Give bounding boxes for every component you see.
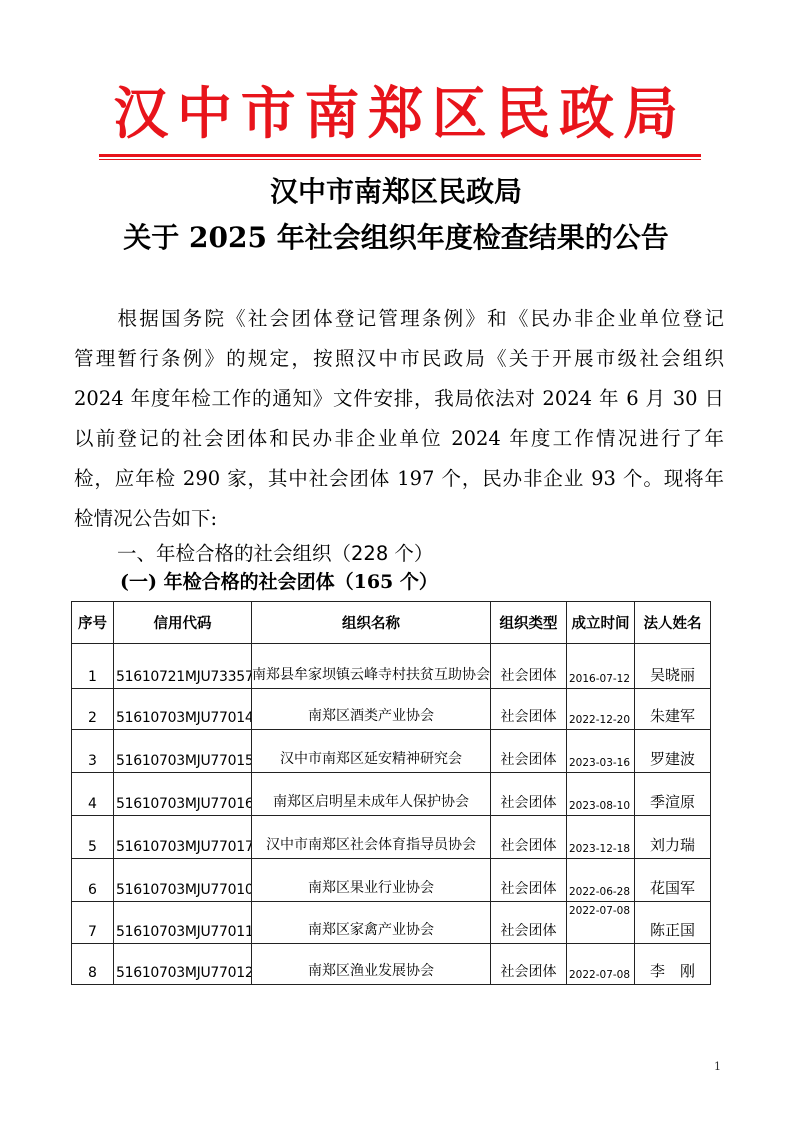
body-line: 以前登记的社会团体和民办非企业单位 2024 年度工作情况进行了年 bbox=[74, 419, 724, 459]
masthead-divider-thin bbox=[99, 159, 701, 160]
page-number: 1 bbox=[714, 1060, 721, 1073]
table-row: 5 51610703MJU770172R 汉中市南郑区社会体育指导员协会 社会团… bbox=[72, 816, 711, 859]
header-legal-rep: 法人姓名 bbox=[635, 602, 711, 644]
cell-legal-rep: 李 刚 bbox=[635, 944, 711, 985]
cell-credit-code: 51610721MJU733574F bbox=[114, 644, 252, 689]
body-line: 2024 年度年检工作的通知》文件安排，我局依法对 2024 年 6 月 30 … bbox=[74, 379, 724, 419]
cell-org-name: 南郑区渔业发展协会 bbox=[252, 944, 491, 985]
table-row: 7 51610703MJU770113N 南郑区家禽产业协会 社会团体 2022… bbox=[72, 902, 711, 944]
header-established: 成立时间 bbox=[567, 602, 635, 644]
cell-legal-rep: 罗建波 bbox=[635, 730, 711, 773]
cell-seq: 5 bbox=[72, 816, 114, 859]
body-line: 管理暂行条例》的规定，按照汉中市民政局《关于开展市级社会组织 bbox=[74, 339, 724, 379]
cell-established: 2023-12-18 bbox=[567, 816, 635, 859]
cell-org-type: 社会团体 bbox=[491, 644, 567, 689]
document-title-line1: 汉中市南郑区民政局 bbox=[0, 172, 792, 212]
cell-credit-code: 51610703MJU770172R bbox=[114, 816, 252, 859]
table-row: 6 51610703MJU770105U 南郑区果业行业协会 社会团体 2022… bbox=[72, 859, 711, 902]
cell-credit-code: 51610703MJU770113N bbox=[114, 902, 252, 944]
cell-seq: 4 bbox=[72, 773, 114, 816]
cell-org-name: 南郑区家禽产业协会 bbox=[252, 902, 491, 944]
subsection-heading: (一) 年检合格的社会团体（165 个） bbox=[120, 568, 438, 596]
cell-credit-code: 51610703MJU770105U bbox=[114, 859, 252, 902]
cell-org-type: 社会团体 bbox=[491, 689, 567, 730]
cell-seq: 2 bbox=[72, 689, 114, 730]
cell-credit-code: 51610703MJU7701489 bbox=[114, 689, 252, 730]
cell-org-type: 社会团体 bbox=[491, 859, 567, 902]
cell-seq: 3 bbox=[72, 730, 114, 773]
cell-seq: 1 bbox=[72, 644, 114, 689]
body-line: 根据国务院《社会团体登记管理条例》和《民办非企业单位登记 bbox=[74, 299, 724, 339]
cell-org-name: 汉中市南郑区社会体育指导员协会 bbox=[252, 816, 491, 859]
cell-established: 2023-03-16 bbox=[567, 730, 635, 773]
header-seq: 序号 bbox=[72, 602, 114, 644]
cell-org-type: 社会团体 bbox=[491, 944, 567, 985]
cell-credit-code: 51610703MJU770164Y bbox=[114, 773, 252, 816]
cell-established: 2022-07-08 bbox=[567, 944, 635, 985]
table-row: 8 51610703MJU770121H 南郑区渔业发展协会 社会团体 2022… bbox=[72, 944, 711, 985]
body-line: 检，应年检 290 家，其中社会团体 197 个，民办非企业 93 个。现将年 bbox=[74, 459, 724, 499]
cell-seq: 7 bbox=[72, 902, 114, 944]
table-row: 4 51610703MJU770164Y 南郑区启明星未成年人保护协会 社会团体… bbox=[72, 773, 711, 816]
cell-established: 2016-07-12 bbox=[567, 644, 635, 689]
cell-org-name: 汉中市南郑区延安精神研究会 bbox=[252, 730, 491, 773]
cell-established: 2022-12-20 bbox=[567, 689, 635, 730]
document-title-line2: 关于 2025 年社会组织年度检查结果的公告 bbox=[0, 218, 792, 258]
table-row: 3 51610703MJU7701564 汉中市南郑区延安精神研究会 社会团体 … bbox=[72, 730, 711, 773]
cell-org-name: 南郑区启明星未成年人保护协会 bbox=[252, 773, 491, 816]
qualified-social-groups-table: 序号 信用代码 组织名称 组织类型 成立时间 法人姓名 1 51610721MJ… bbox=[71, 601, 711, 985]
cell-legal-rep: 刘力瑞 bbox=[635, 816, 711, 859]
cell-legal-rep: 吴晓丽 bbox=[635, 644, 711, 689]
header-org-type: 组织类型 bbox=[491, 602, 567, 644]
cell-org-name: 南郑区果业行业协会 bbox=[252, 859, 491, 902]
cell-seq: 8 bbox=[72, 944, 114, 985]
cell-org-name: 南郑县牟家坝镇云峰寺村扶贫互助协会 bbox=[252, 644, 491, 689]
header-org-name: 组织名称 bbox=[252, 602, 491, 644]
header-credit-code: 信用代码 bbox=[114, 602, 252, 644]
cell-seq: 6 bbox=[72, 859, 114, 902]
masthead-divider-thick bbox=[99, 154, 701, 157]
cell-established: 2022-06-28 bbox=[567, 859, 635, 902]
cell-org-type: 社会团体 bbox=[491, 816, 567, 859]
section-heading: 一、年检合格的社会组织（228 个） bbox=[117, 540, 433, 568]
table-header-row: 序号 信用代码 组织名称 组织类型 成立时间 法人姓名 bbox=[72, 602, 711, 644]
cell-legal-rep: 朱建军 bbox=[635, 689, 711, 730]
cell-org-type: 社会团体 bbox=[491, 773, 567, 816]
cell-credit-code: 51610703MJU7701564 bbox=[114, 730, 252, 773]
cell-org-name: 南郑区酒类产业协会 bbox=[252, 689, 491, 730]
masthead-title: 汉中市南郑区民政局 bbox=[105, 80, 695, 150]
cell-established: 2022-07-08 bbox=[567, 902, 635, 944]
cell-legal-rep: 陈正国 bbox=[635, 902, 711, 944]
cell-credit-code: 51610703MJU770121H bbox=[114, 944, 252, 985]
cell-legal-rep: 季渲原 bbox=[635, 773, 711, 816]
cell-org-type: 社会团体 bbox=[491, 902, 567, 944]
cell-legal-rep: 花国军 bbox=[635, 859, 711, 902]
table-row: 1 51610721MJU733574F 南郑县牟家坝镇云峰寺村扶贫互助协会 社… bbox=[72, 644, 711, 689]
body-line: 检情况公告如下: bbox=[74, 499, 724, 539]
cell-established: 2023-08-10 bbox=[567, 773, 635, 816]
cell-org-type: 社会团体 bbox=[491, 730, 567, 773]
table-row: 2 51610703MJU7701489 南郑区酒类产业协会 社会团体 2022… bbox=[72, 689, 711, 730]
